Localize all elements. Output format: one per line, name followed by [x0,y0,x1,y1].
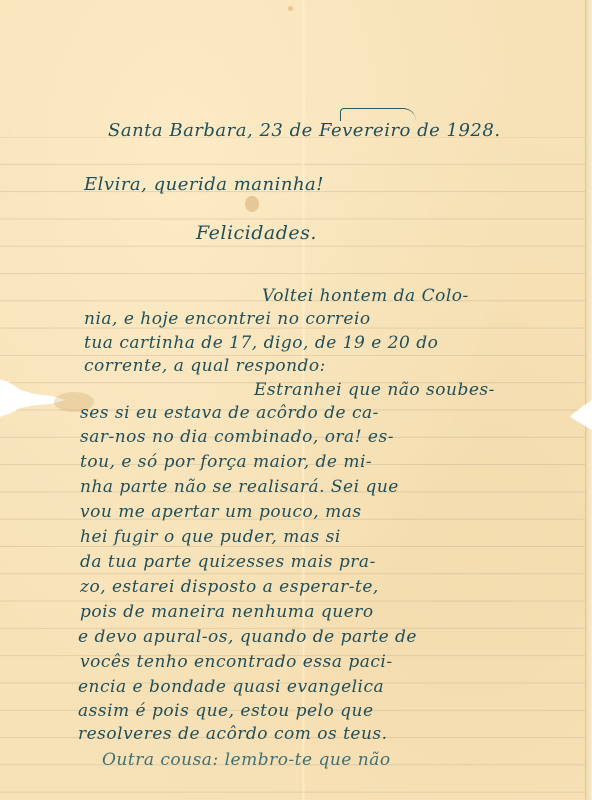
paper-spot [288,6,293,11]
body-line: hei fugir o que puder, mas si [80,527,341,547]
body-line: nia, e hoje encontrei no correio [84,309,371,329]
body-line: ses si eu estava de acôrdo de ca- [80,403,379,423]
body-line: encia e bondade quasi evangelica [78,677,384,697]
body-line: resolveres de acôrdo com os teus. [78,724,388,744]
body-line: Outra cousa: lembro-te que não [102,750,391,770]
body-line: pois de maneira nenhuma quero [80,602,374,622]
body-line: zo, estarei disposto a esperar-te, [80,577,379,597]
body-line: vou me apertar um pouco, mas [80,502,362,522]
body-line: da tua parte quizesses mais pra- [80,552,376,572]
body-line: sar-nos no dia combinado, ora! es- [80,427,394,447]
body-line: Estranhei que não soubes- [254,380,495,400]
paper-right-edge [585,0,592,800]
body-line: tou, e só por força maior, de mi- [80,452,372,472]
ink-stain [245,196,259,212]
body-line: Voltei hontem da Colo- [262,286,469,306]
salutation: Elvira, querida maninha! [84,174,324,195]
letter-page: Santa Barbara, 23 de Fevereiro de 1928. … [0,0,592,800]
body-line: corrente, a qual respondo: [84,356,326,376]
body-line: e devo apural-os, quando de parte de [78,627,417,647]
body-line: nha parte não se realisará. Sei que [80,477,399,497]
greeting: Felicidades. [196,222,317,244]
body-line: vocês tenho encontrado essa paci- [80,652,393,672]
body-line: assim é pois que, estou pelo que [78,701,374,721]
body-line: tua cartinha de 17, digo, de 19 e 20 do [84,333,438,353]
place-date-heading: Santa Barbara, 23 de Fevereiro de 1928. [108,120,501,141]
